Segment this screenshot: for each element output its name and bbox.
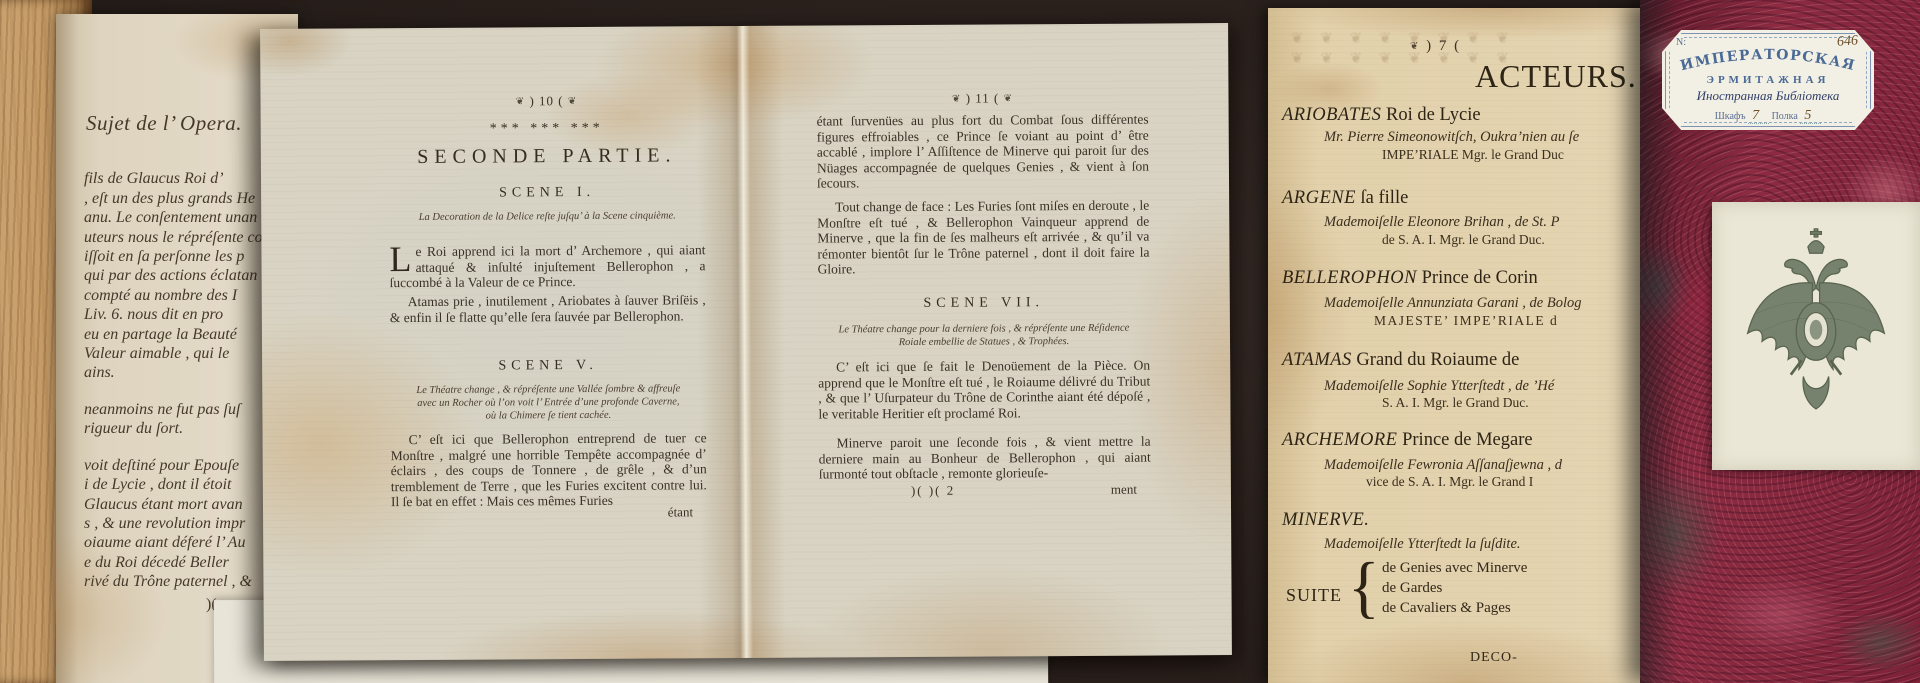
page-11: ❦ ) 11 ( ❦ étant ſurvenües au plus fort … bbox=[816, 90, 1151, 652]
page-10-paragraph-2: Atamas prie , inutilement , Ariobates à … bbox=[390, 292, 706, 325]
label-line-3: Иностранная Библіотека bbox=[1662, 88, 1874, 104]
paragraph-text: e Roi apprend ici la mort d’ Archemore ,… bbox=[390, 242, 706, 290]
role-name: ATAMAS bbox=[1282, 350, 1352, 370]
scene-5-title: SCENE V. bbox=[390, 357, 706, 375]
cast-role: ARCHEMORE Prince de Megare bbox=[1282, 430, 1533, 451]
scene-5-stage-direction: Le Théatre change , & répréſente une Val… bbox=[390, 382, 706, 423]
page-7-catchword: DECO- bbox=[1470, 650, 1518, 666]
role-desc: Prince de Corin bbox=[1422, 268, 1538, 288]
cast-role: ATAMAS Grand du Roiaume de bbox=[1282, 350, 1519, 371]
scene-1-title: SCENE I. bbox=[389, 184, 705, 202]
part-title: SECONDE PARTIE. bbox=[389, 144, 705, 169]
performer-line: Mademoiſelle Fewronia Aſſanaſjewna , d bbox=[1324, 457, 1562, 474]
asterism-ornament: *** *** *** bbox=[389, 120, 705, 138]
fleuron-ornament-icon: ❦ bbox=[1004, 93, 1013, 104]
role-desc: Prince de Megare bbox=[1402, 430, 1532, 450]
fleuron-ornament-icon: ❦ bbox=[952, 94, 961, 105]
suite-items: de Genies avec Minerve de Gardes de Cava… bbox=[1382, 558, 1527, 618]
page-10-catchword: étant bbox=[668, 504, 693, 520]
page-10-paragraph-3: C’ eſt ici que Bellerophon entreprend de… bbox=[391, 430, 707, 509]
role-name: ARCHEMORE bbox=[1282, 430, 1397, 450]
scanned-book-photograph: Sujet de l’ Opera. fils de Glaucus Roi d… bbox=[0, 0, 1920, 683]
performer-line-2: IMPE’RIALE Mgr. le Grand Duc bbox=[1382, 147, 1564, 163]
fleuron-ornament-icon: ❦ bbox=[1410, 41, 1420, 52]
imperial-hermitage-library-label: N: 646 ИМПЕРАТОРСКАЯ ЭРМИТАЖНАЯ Иностран… bbox=[1662, 30, 1874, 130]
page-10-number: ) 10 ( bbox=[529, 93, 563, 108]
fleuron-ornament-icon: ❦ bbox=[568, 96, 577, 107]
fleuron-ornament-icon: ❦ bbox=[516, 96, 525, 107]
page-10-header: ❦ ) 10 ( ❦ bbox=[388, 92, 704, 110]
scene-7-title: SCENE VII. bbox=[818, 295, 1150, 313]
performer-line-2: de S. A. I. Mgr. le Grand Duc. bbox=[1382, 232, 1545, 248]
open-spread-pages-10-11: ❦ ) 10 ( ❦ *** *** *** SECONDE PARTIE. S… bbox=[260, 23, 1232, 661]
gathering-signature-mark: )( )( 2 bbox=[911, 483, 955, 499]
page-10-paragraph-1: Le Roi apprend ici la mort d’ Archemore … bbox=[389, 242, 705, 290]
performer-line: Mademoiſelle Annunziata Garani , de Bolo… bbox=[1324, 295, 1581, 312]
svg-text:ИМПЕРАТОРСКАЯ: ИМПЕРАТОРСКАЯ bbox=[1679, 47, 1858, 74]
page-11-footer-row: )( )( 2 ment bbox=[819, 482, 1151, 500]
row-label: Полка bbox=[1772, 111, 1798, 122]
performer-line: Mademoiſelle Eleonore Brihan , de St. P bbox=[1324, 214, 1559, 231]
row-value: 5 bbox=[1800, 108, 1821, 124]
page-7-number: ) 7 ( bbox=[1426, 38, 1461, 54]
page-11-header: ❦ ) 11 ( ❦ bbox=[816, 90, 1148, 108]
performer-line: Mr. Pierre Simeonowitſch, Oukra’nien au … bbox=[1324, 129, 1579, 146]
label-arc-title: ИМПЕРАТОРСКАЯ bbox=[1668, 42, 1868, 76]
label-line-1: ИМПЕРАТОРСКАЯ bbox=[1679, 47, 1858, 74]
cast-role: MINERVE. bbox=[1282, 510, 1369, 531]
performer-line-2: vice de S. A. I. Mgr. le Grand I bbox=[1366, 474, 1533, 490]
page-11-paragraph-3: C’ eſt ici que ſe fait le Denoüement de … bbox=[818, 358, 1150, 422]
suite-brace: { bbox=[1348, 548, 1380, 628]
role-name: ARIOBATES bbox=[1282, 105, 1381, 125]
page-11-paragraph-2: Tout change de face : Les Furies ſont mi… bbox=[817, 198, 1149, 278]
acteurs-title: ACTEURS. bbox=[1475, 58, 1637, 95]
imperial-double-eagle-emblem bbox=[1726, 208, 1906, 464]
suite-label: SUITE bbox=[1286, 585, 1342, 606]
cast-role: ARIOBATES Roi de Lycie bbox=[1282, 105, 1481, 126]
page-11-number: ) 11 ( bbox=[966, 90, 1000, 105]
centre-fold bbox=[696, 26, 786, 659]
role-name: ARGENE bbox=[1282, 188, 1356, 208]
page-10: ❦ ) 10 ( ❦ *** *** *** SECONDE PARTIE. S… bbox=[388, 92, 707, 654]
role-desc: ſa fille bbox=[1361, 188, 1409, 208]
page-11-catchword: ment bbox=[1111, 482, 1137, 498]
role-name: MINERVE. bbox=[1282, 510, 1369, 530]
performer-line-2: S. A. I. Mgr. le Grand Duc. bbox=[1382, 395, 1529, 411]
performer-line: Mademoiſelle Sophie Ytterſtedt , de ’Hé bbox=[1324, 378, 1554, 395]
page-11-paragraph-4: Minerve paroit une ſeconde fois , & vien… bbox=[819, 434, 1151, 483]
page-11-paragraph-1: étant ſurvenües au plus fort du Combat ſ… bbox=[817, 112, 1149, 192]
drop-cap: L bbox=[389, 245, 411, 273]
cast-role: ARGENE ſa fille bbox=[1282, 188, 1408, 209]
role-desc: Roi de Lycie bbox=[1386, 105, 1481, 125]
role-name: BELLEROPHON bbox=[1282, 268, 1417, 288]
shelf-value: 7 bbox=[1748, 108, 1769, 124]
scene-7-stage-direction: Le Théatre change pour la derniere fois … bbox=[818, 322, 1150, 350]
performer-line-2: MAJESTE’ IMPE’RIALE d bbox=[1374, 313, 1558, 329]
cast-role: BELLEROPHON Prince de Corin bbox=[1282, 268, 1538, 289]
imperial-eagle-bookplate bbox=[1712, 202, 1920, 470]
label-shelf-row: Шкафъ 7 Полка 5 bbox=[1662, 108, 1874, 124]
label-line-2: ЭРМИТАЖНАЯ bbox=[1662, 74, 1874, 86]
role-desc: Grand du Roiaume de bbox=[1356, 350, 1519, 370]
page-7-header: ❦ ) 7 ( bbox=[1410, 38, 1461, 55]
scene-1-stage-direction: La Decoration de la Delice reſte juſqu’ … bbox=[389, 209, 705, 224]
shelf-label: Шкафъ bbox=[1715, 111, 1746, 122]
